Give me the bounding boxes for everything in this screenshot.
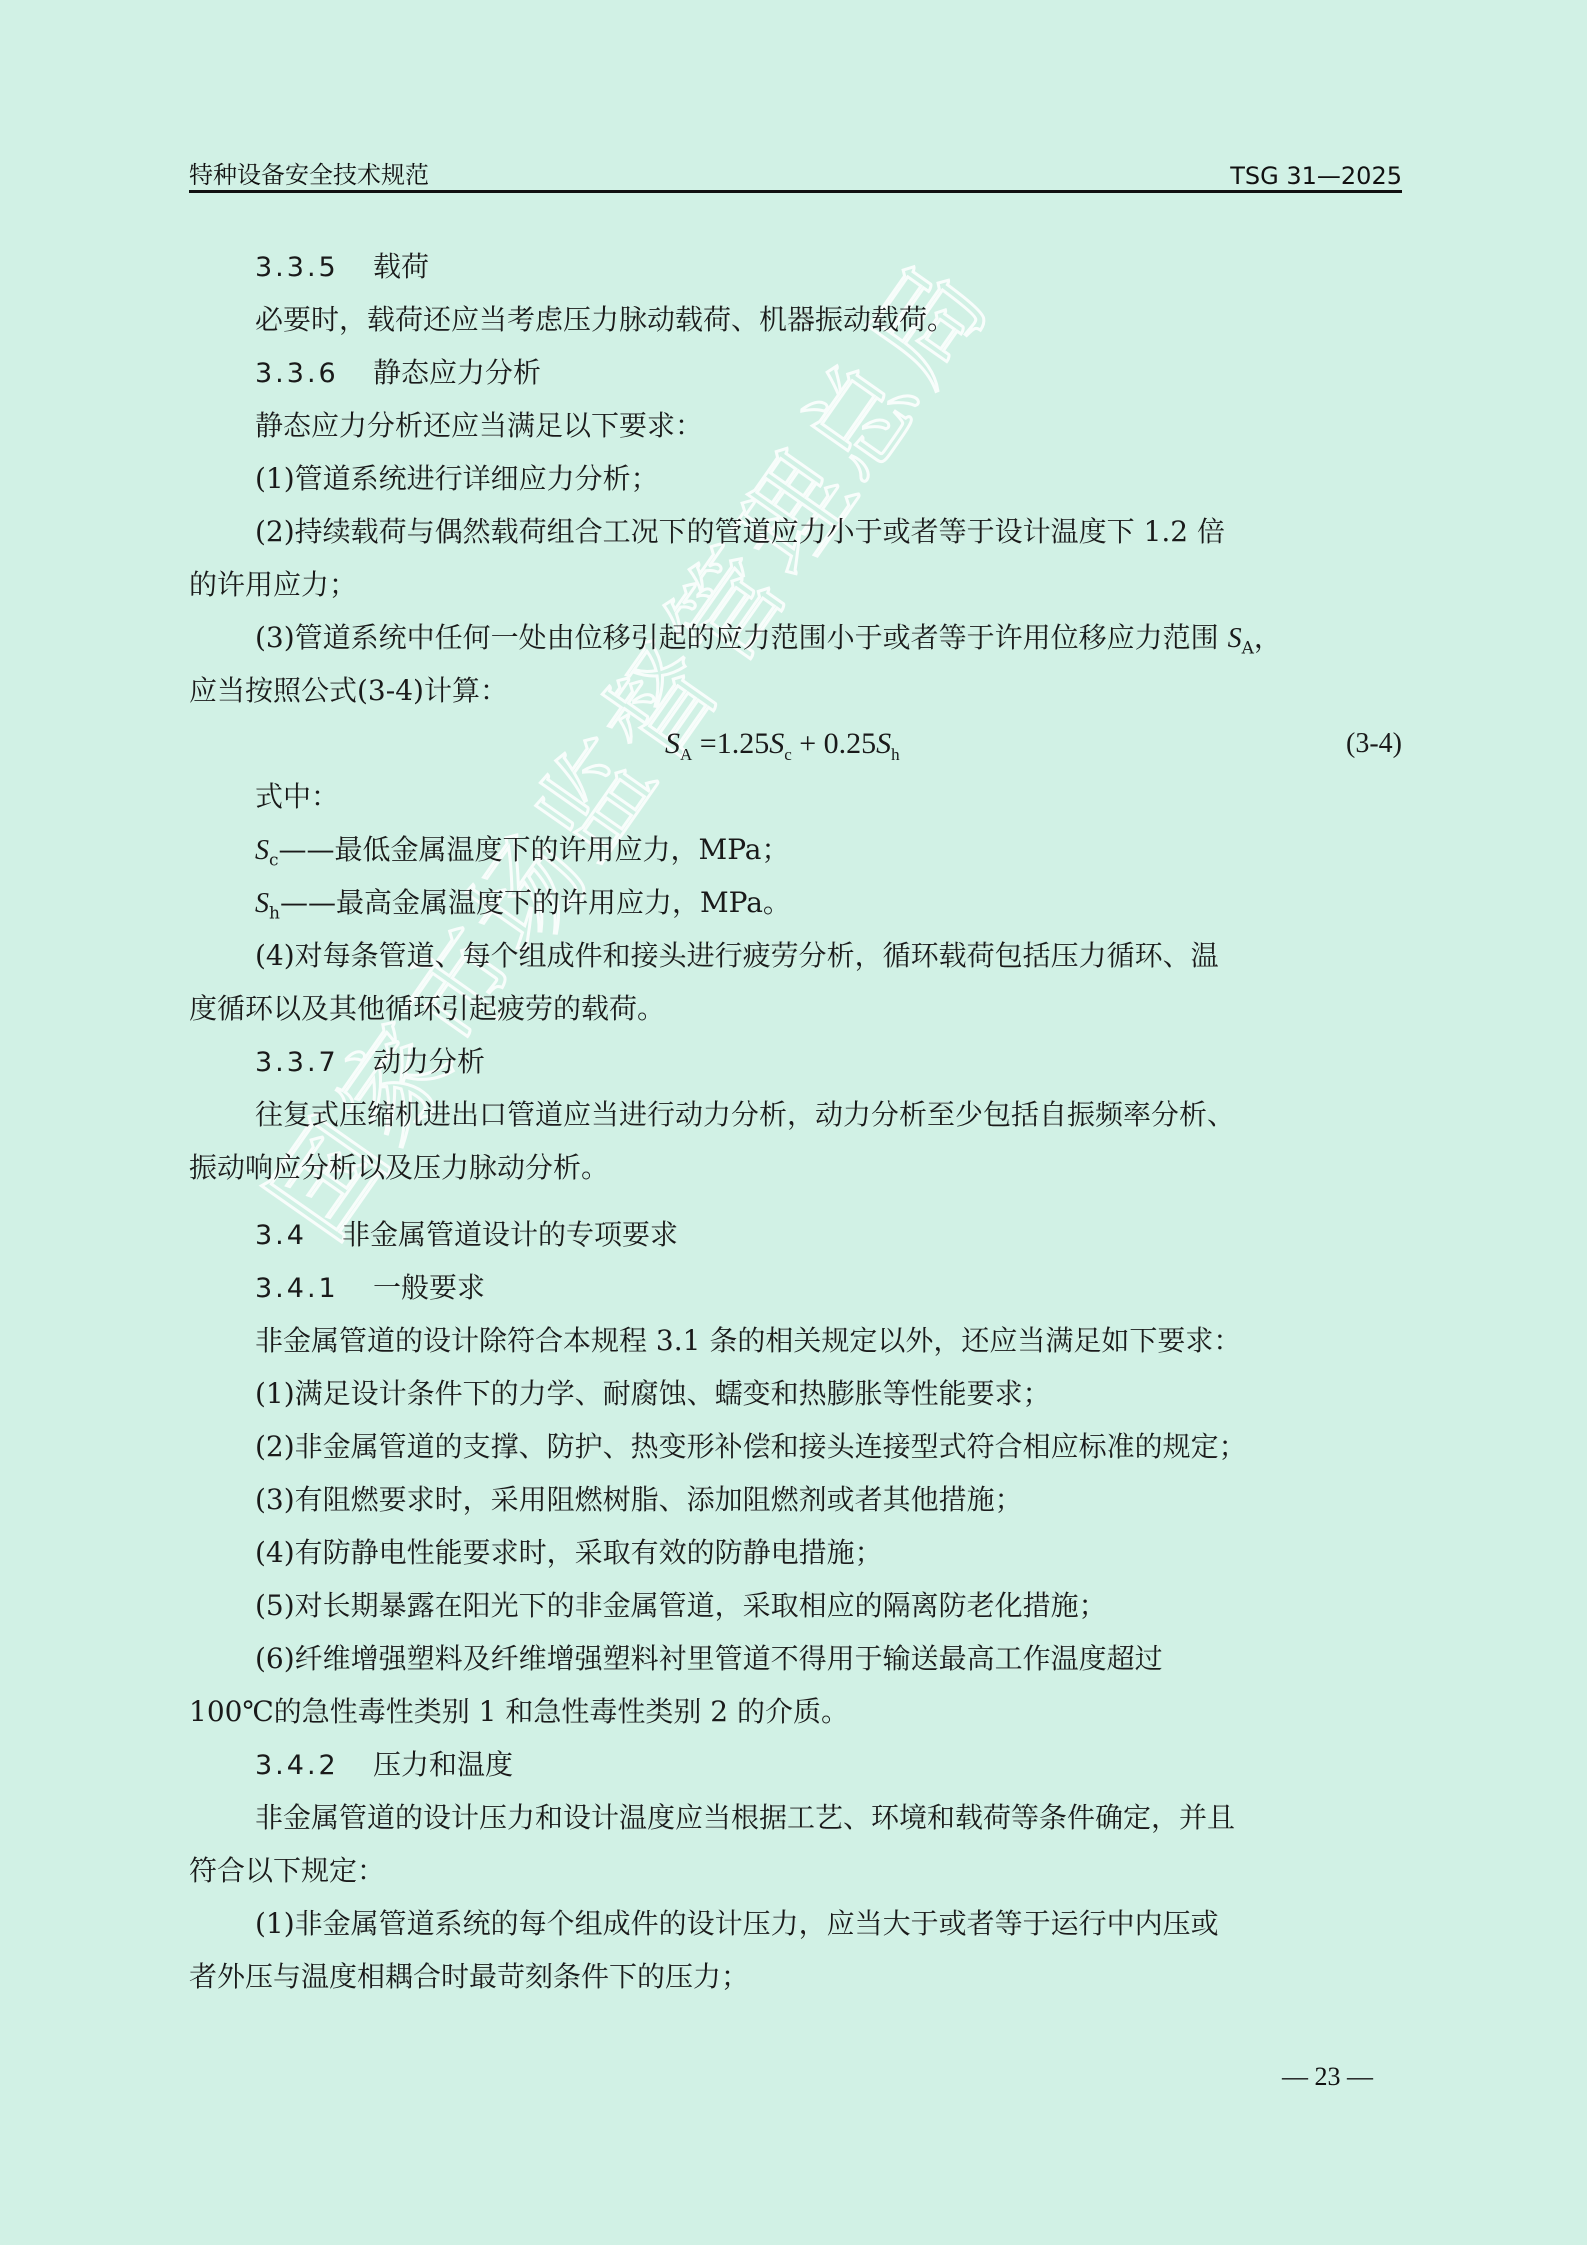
page-number: — 23 — xyxy=(1282,2062,1373,2092)
spacer xyxy=(189,1194,1402,1208)
section-number: 3.4 xyxy=(255,1209,342,1262)
formula-number: (3-4) xyxy=(1346,717,1402,770)
list-item: (3)管道系统中任何一处由位移引起的应力范围小于或者等于许用位移应力范围 SA， xyxy=(189,611,1402,664)
section-heading-3-3-5: 3.3.5载荷 xyxy=(189,240,1402,293)
page-header: 特种设备安全技术规范 TSG 31—2025 xyxy=(189,150,1402,190)
definition-text: ——最高金属温度下的许用应力，MPa。 xyxy=(280,886,791,919)
definition-sh: Sh——最高金属温度下的许用应力，MPa。 xyxy=(189,876,1402,929)
list-item-text: (3)管道系统中任何一处由位移引起的应力范围小于或者等于许用位移应力范围 xyxy=(255,621,1228,654)
list-item: (6)纤维增强塑料及纤维增强塑料衬里管道不得用于输送最高工作温度超过 xyxy=(189,1632,1402,1685)
header-code: TSG 31—2025 xyxy=(1230,162,1402,190)
section-title: 一般要求 xyxy=(373,1271,485,1304)
where-label: 式中： xyxy=(189,770,1402,823)
header-rule xyxy=(189,190,1402,193)
section-number: 3.4.2 xyxy=(255,1739,373,1792)
formula-subscript: h xyxy=(891,745,900,764)
list-item: (1)满足设计条件下的力学、耐腐蚀、蠕变和热膨胀等性能要求； xyxy=(189,1367,1402,1420)
list-item-continuation: 者外压与温度相耦合时最苛刻条件下的压力； xyxy=(189,1950,1402,2003)
symbol-s: S xyxy=(255,888,269,919)
symbol-subscript: h xyxy=(269,904,280,924)
list-item: (2)持续载荷与偶然载荷组合工况下的管道应力小于或者等于设计温度下 1.2 倍 xyxy=(189,505,1402,558)
symbol-subscript: A xyxy=(1242,639,1254,659)
section-number: 3.4.1 xyxy=(255,1262,373,1315)
formula-operator: + 0.25 xyxy=(792,727,876,760)
section-title: 动力分析 xyxy=(373,1045,485,1078)
section-number: 3.3.5 xyxy=(255,241,373,294)
list-item-continuation: 100℃的急性毒性类别 1 和急性毒性类别 2 的介质。 xyxy=(189,1685,1402,1738)
paragraph: 非金属管道的设计压力和设计温度应当根据工艺、环境和载荷等条件确定，并且 xyxy=(189,1791,1402,1844)
symbol-s: S xyxy=(1228,623,1242,654)
section-number: 3.3.6 xyxy=(255,347,373,400)
formula-symbol: S xyxy=(876,727,891,760)
section-heading-3-4-1: 3.4.1一般要求 xyxy=(189,1261,1402,1314)
section-heading-3-3-6: 3.3.6静态应力分析 xyxy=(189,346,1402,399)
formula-subscript: A xyxy=(680,745,692,764)
paragraph-continuation: 符合以下规定： xyxy=(189,1844,1402,1897)
section-title: 静态应力分析 xyxy=(373,356,541,389)
paragraph: 往复式压缩机进出口管道应当进行动力分析，动力分析至少包括自振频率分析、 xyxy=(189,1088,1402,1141)
formula-subscript: c xyxy=(784,745,792,764)
section-title: 非金属管道设计的专项要求 xyxy=(342,1218,678,1251)
paragraph-continuation: 振动响应分析以及压力脉动分析。 xyxy=(189,1141,1402,1194)
punctuation: ， xyxy=(1254,621,1282,654)
list-item: (4)有防静电性能要求时，采取有效的防静电措施； xyxy=(189,1526,1402,1579)
list-item: (3)有阻燃要求时，采用阻燃树脂、添加阻燃剂或者其他措施； xyxy=(189,1473,1402,1526)
header-title: 特种设备安全技术规范 xyxy=(189,155,429,190)
list-item-continuation: 度循环以及其他循环引起疲劳的载荷。 xyxy=(189,982,1402,1035)
section-heading-3-4-2: 3.4.2压力和温度 xyxy=(189,1738,1402,1791)
definition-text: ——最低金属温度下的许用应力，MPa； xyxy=(279,833,790,866)
section-heading-3-4: 3.4非金属管道设计的专项要求 xyxy=(189,1208,1402,1261)
list-item: (4)对每条管道、每个组成件和接头进行疲劳分析，循环载荷包括压力循环、温 xyxy=(189,929,1402,982)
symbol-subscript: c xyxy=(269,851,279,871)
list-item: (5)对长期暴露在阳光下的非金属管道，采取相应的隔离防老化措施； xyxy=(189,1579,1402,1632)
paragraph: 静态应力分析还应当满足以下要求： xyxy=(189,399,1402,452)
definition-sc: Sc——最低金属温度下的许用应力，MPa； xyxy=(189,823,1402,876)
section-title: 载荷 xyxy=(373,250,429,283)
list-item: (1)非金属管道系统的每个组成件的设计压力，应当大于或者等于运行中内压或 xyxy=(189,1897,1402,1950)
section-title: 压力和温度 xyxy=(373,1748,513,1781)
list-item-continuation: 的许用应力； xyxy=(189,558,1402,611)
formula-operator: =1.25 xyxy=(692,727,769,760)
section-heading-3-3-7: 3.3.7动力分析 xyxy=(189,1035,1402,1088)
paragraph: 必要时，载荷还应当考虑压力脉动载荷、机器振动载荷。 xyxy=(189,293,1402,346)
formula-symbol: S xyxy=(769,727,784,760)
list-item-continuation: 应当按照公式(3-4)计算： xyxy=(189,664,1402,717)
formula-3-4: SA =1.25Sc + 0.25Sh (3-4) xyxy=(189,717,1402,770)
document-body: 3.3.5载荷 必要时，载荷还应当考虑压力脉动载荷、机器振动载荷。 3.3.6静… xyxy=(189,240,1402,2003)
formula-symbol: S xyxy=(665,727,680,760)
paragraph: 非金属管道的设计除符合本规程 3.1 条的相关规定以外，还应当满足如下要求： xyxy=(189,1314,1402,1367)
section-number: 3.3.7 xyxy=(255,1036,373,1089)
list-item: (1)管道系统进行详细应力分析； xyxy=(189,452,1402,505)
symbol-s: S xyxy=(255,835,269,866)
list-item: (2)非金属管道的支撑、防护、热变形补偿和接头连接型式符合相应标准的规定； xyxy=(189,1420,1402,1473)
